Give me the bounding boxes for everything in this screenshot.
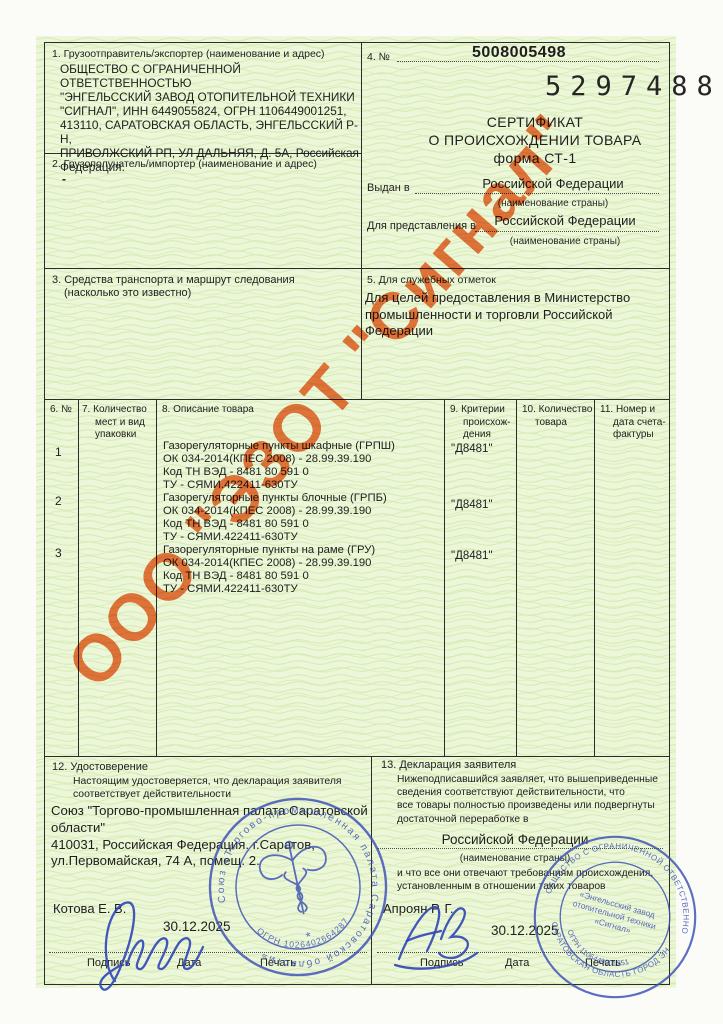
table-row-3-criteria: "Д8481" <box>451 550 493 562</box>
s2-label: 2. Грузополучатель/импортер (наименовани… <box>52 158 317 170</box>
table-row-2-criteria: "Д8481" <box>451 499 493 511</box>
s13-statement: Нижеподписавшийся заявляет, что вышеприв… <box>397 773 667 826</box>
s1-label: 1. Грузоотправитель/экспортер (наименова… <box>52 48 325 60</box>
table-row-1-criteria: "Д8481" <box>451 443 493 455</box>
divider-row2 <box>45 268 669 269</box>
certificate-form-number: 5008005498 <box>381 44 657 62</box>
s2-value: - <box>62 172 66 186</box>
s3-label: 3. Средства транспорта и маршрут следова… <box>52 274 295 286</box>
table-row-2-no: 2 <box>55 494 62 508</box>
certificate-frame: 1. Грузоотправитель/экспортер (наименова… <box>44 42 670 985</box>
s13-label: 13. Декларация заявителя <box>381 759 516 771</box>
caduceus-icon <box>256 835 337 921</box>
table-col-10-11 <box>594 399 595 756</box>
factory-stamp-center-text: «Энгельсский завод отопительной техники … <box>569 888 663 943</box>
table-header-7: 7. Количество мест и вид упаковки <box>82 404 167 442</box>
signature-aproyan <box>385 895 515 975</box>
table-header-10: 10. Количество товара <box>522 404 605 429</box>
table-col-9-10 <box>516 399 517 756</box>
table-col-6-7 <box>78 399 79 756</box>
certificate-serial-number: 5297488 <box>545 71 722 102</box>
divider-bottom-sections <box>45 756 669 757</box>
table-header-9: 9. Критерии происхож- дения <box>450 404 525 442</box>
signature-kotova <box>85 885 235 995</box>
s3-label2: (насколько это известно) <box>64 287 191 299</box>
s4-number-dots <box>397 61 659 62</box>
table-header-11: 11. Номер и дата счета- фактуры <box>600 404 679 442</box>
table-row-3-no: 3 <box>55 546 62 560</box>
issued-in-label: Выдан в <box>367 182 410 194</box>
table-row-1-no: 1 <box>55 445 62 459</box>
certificate-page: 1. Грузоотправитель/экспортер (наименова… <box>0 0 723 1024</box>
table-col-8-9 <box>444 399 445 756</box>
s12-label: 12. Удостоверение <box>52 761 148 773</box>
